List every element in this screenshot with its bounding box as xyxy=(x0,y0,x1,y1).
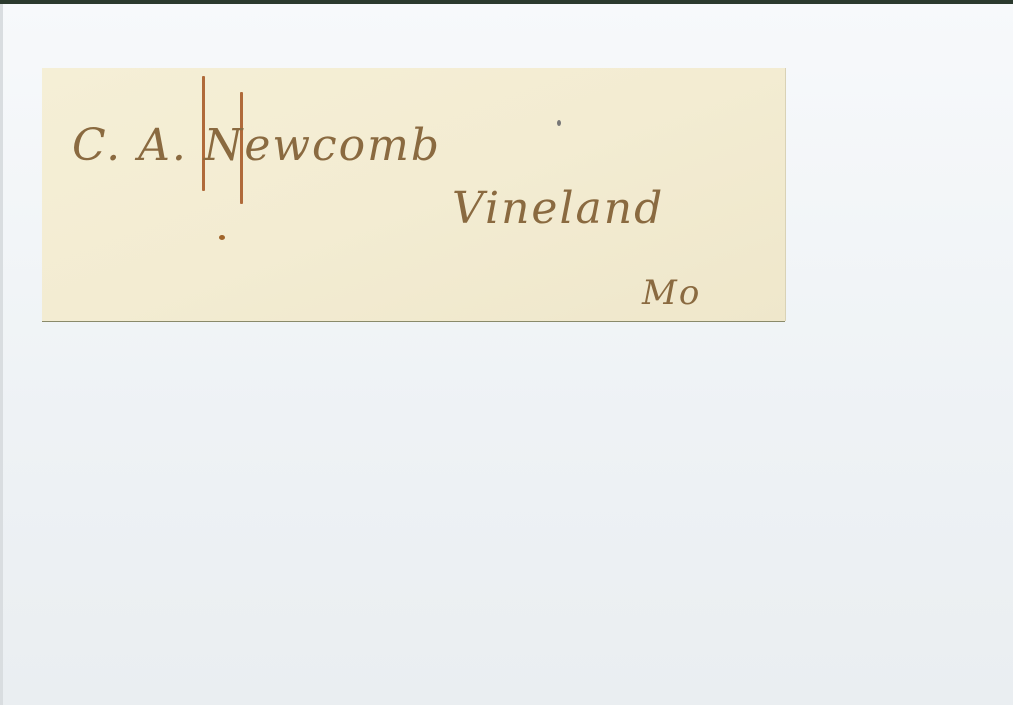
scan-left-edge xyxy=(0,4,3,705)
paper-speck xyxy=(557,120,561,126)
scan-top-border xyxy=(0,0,1013,4)
addressee-name: C. A. Newcomb xyxy=(72,120,441,171)
address-town: Vineland xyxy=(452,183,664,234)
ink-spot xyxy=(219,235,225,240)
address-panel: C. A. Newcomb Vineland Mo xyxy=(42,68,785,321)
address-state: Mo xyxy=(642,273,701,313)
